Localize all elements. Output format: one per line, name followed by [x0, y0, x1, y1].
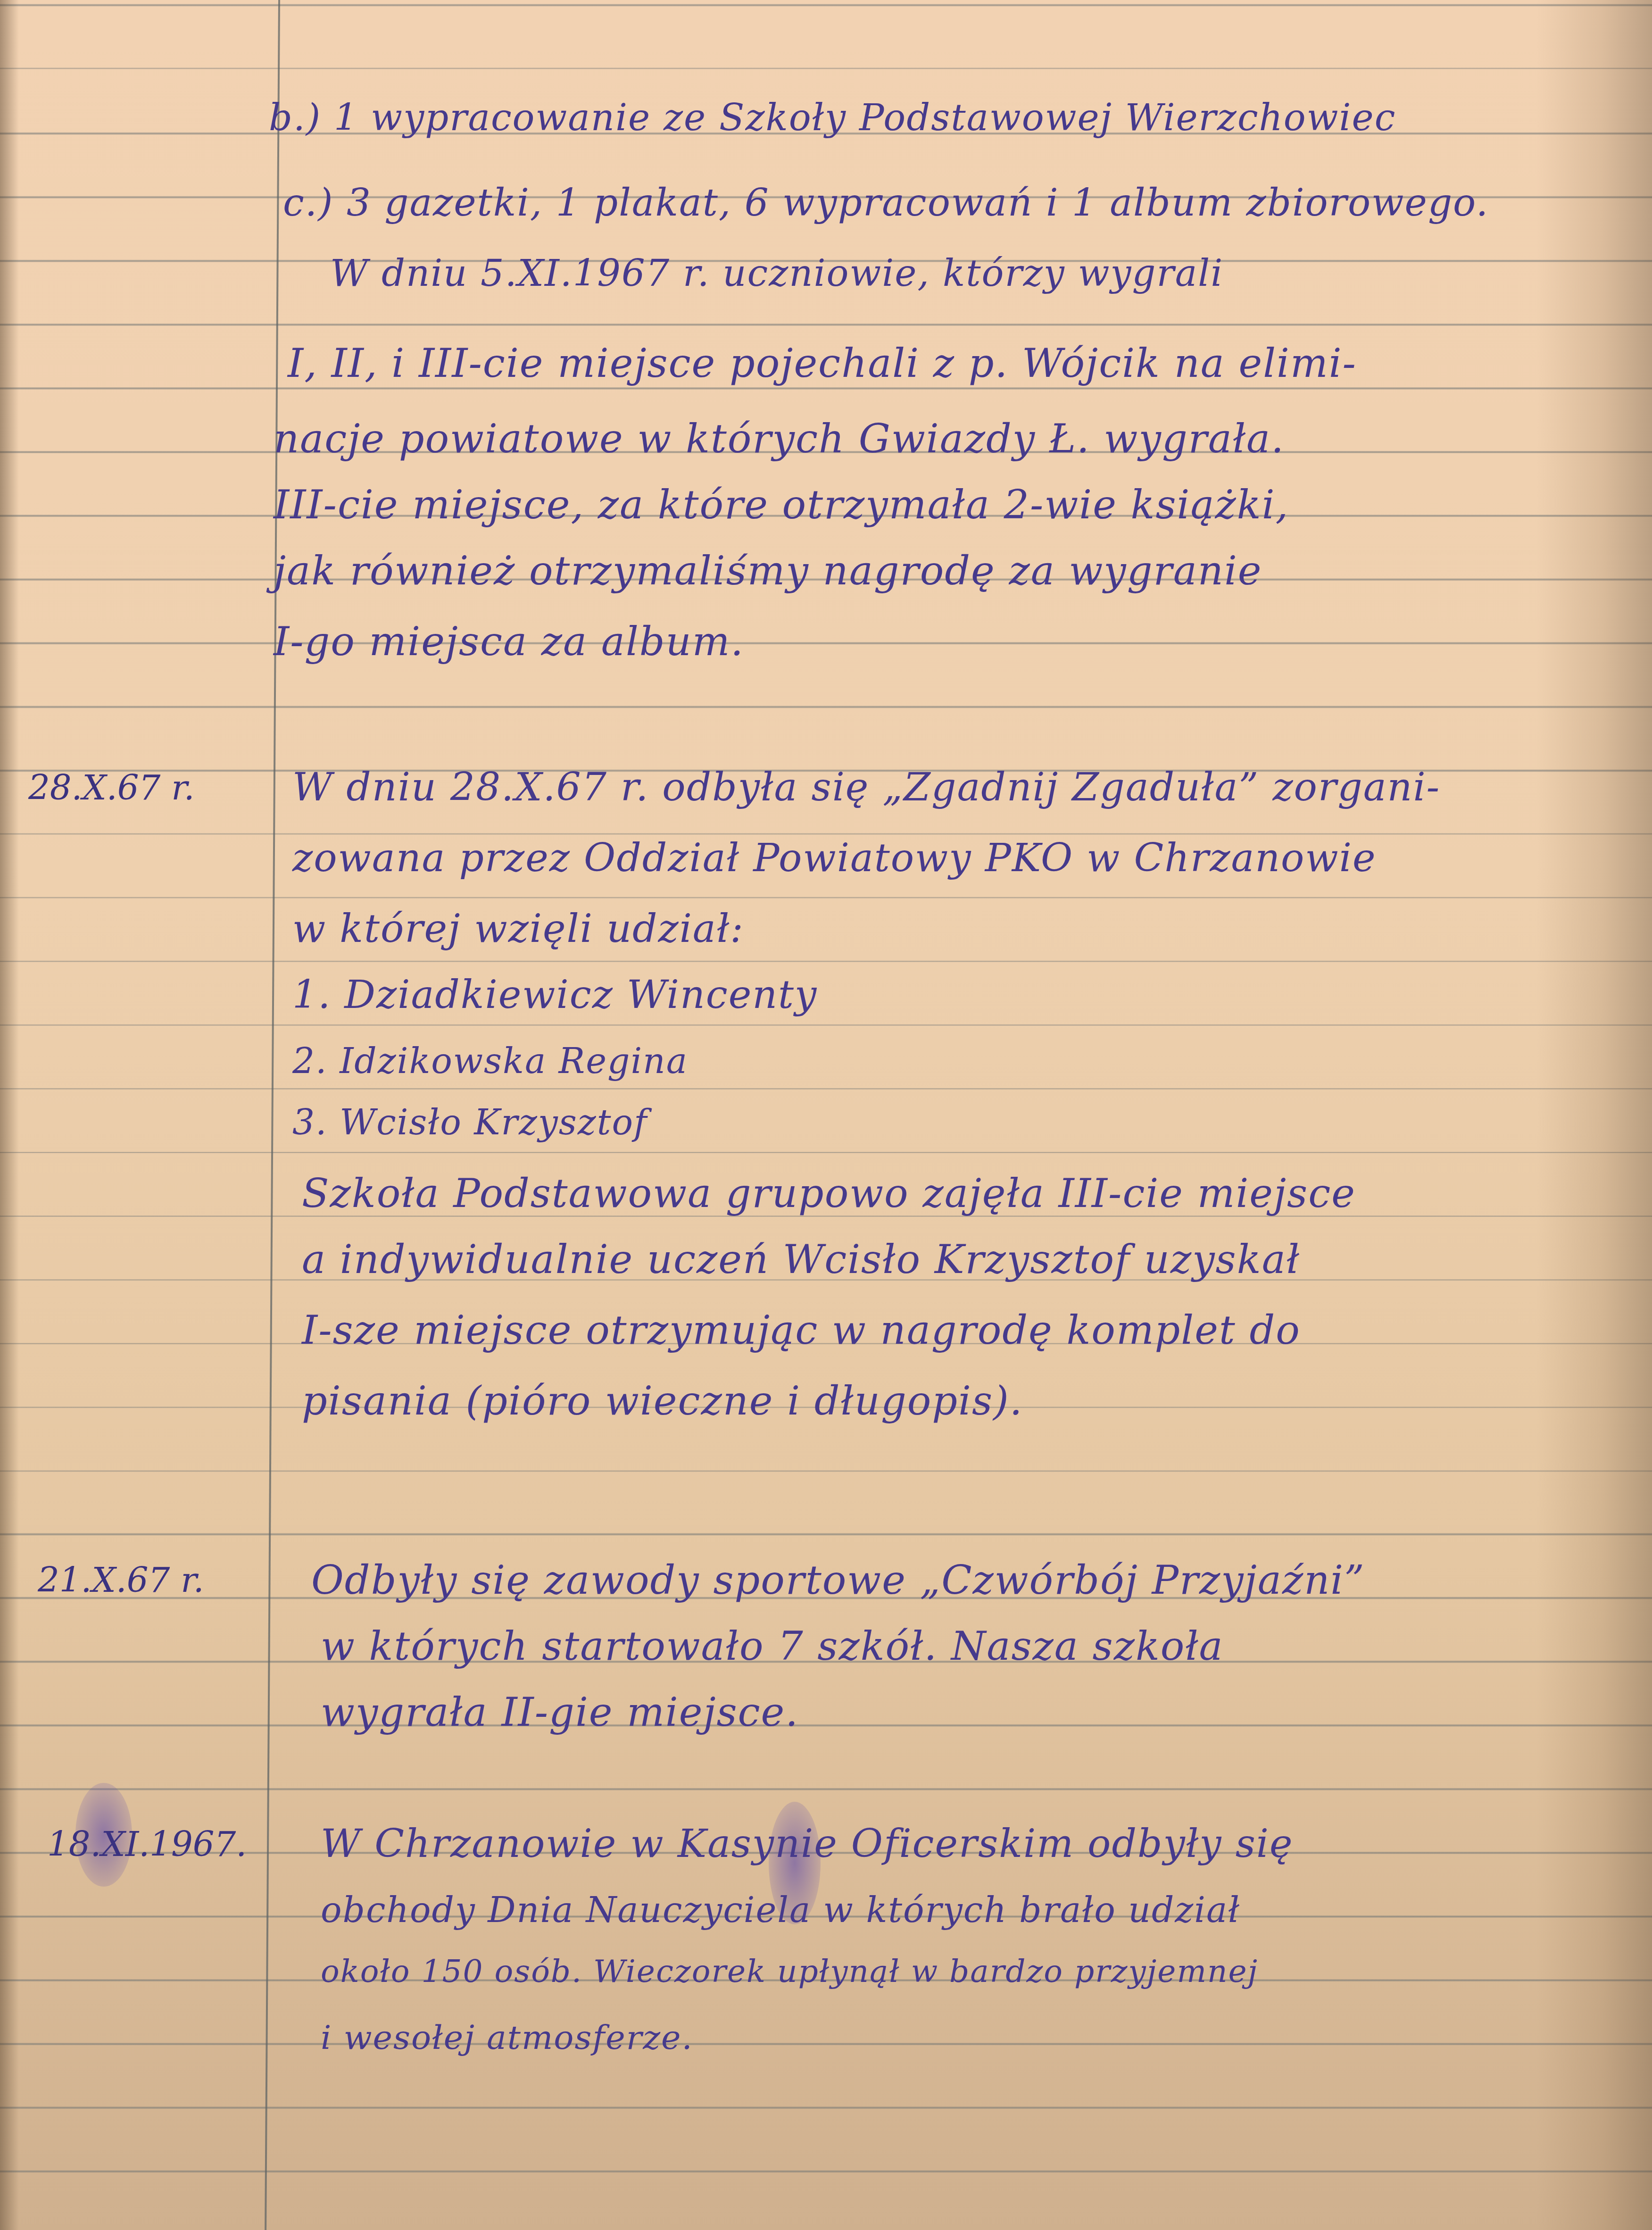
text-line: Odbyły się zawody sportowe „Czwórbój Prz… — [311, 1556, 1365, 1604]
entry-date: 28.X.67 r. — [28, 764, 195, 811]
text-line: W Chrzanowie w Kasynie Oficerskim odbyły… — [321, 1821, 1294, 1868]
text-line: I-go miejsca za album. — [274, 618, 744, 665]
text-line: jak również otrzymaliśmy nagrodę za wygr… — [274, 547, 1262, 594]
text-line: a indywidualnie uczeń Wcisło Krzysztof u… — [302, 1236, 1300, 1283]
notebook-page: b.) 1 wypracowanie ze Szkoły Podstawowej… — [0, 0, 1652, 2230]
margin-rule — [265, 0, 280, 2230]
text-line: 3. Wcisło Krzysztof — [292, 1099, 648, 1146]
text-line: wygrała II-gie miejsce. — [321, 1689, 799, 1736]
text-line: zowana przez Oddział Powiatowy PKO w Chr… — [292, 835, 1376, 882]
text-line: Szkoła Podstawowa grupowo zajęła III-cie… — [302, 1170, 1356, 1217]
text-line: I, II, i III-cie miejsce pojechali z p. … — [288, 340, 1357, 387]
text-line: I-sze miejsce otrzymując w nagrodę kompl… — [302, 1306, 1301, 1354]
text-line: W dniu 5.XI.1967 r. uczniowie, którzy wy… — [330, 250, 1223, 297]
text-line: w której wzięli udział: — [292, 906, 744, 953]
text-line: obchody Dnia Nauczyciela w których brało… — [321, 1887, 1240, 1934]
entry-date: 18.XI.1967. — [47, 1821, 247, 1868]
text-line: b.) 1 wypracowanie ze Szkoły Podstawowej… — [269, 94, 1396, 141]
text-line: 2. Idzikowska Regina — [292, 1038, 688, 1085]
text-line: W dniu 28.X.67 r. odbyła się „Zgadnij Zg… — [292, 764, 1440, 811]
text-line: nacje powiatowe w których Gwiazdy Ł. wyg… — [274, 415, 1285, 462]
page-edge-shadow — [0, 0, 19, 2230]
text-line: c.) 3 gazetki, 1 plakat, 6 wypracowań i … — [283, 179, 1489, 226]
text-line: pisania (pióro wieczne i długopis). — [302, 1377, 1023, 1424]
entry-date: 21.X.67 r. — [38, 1556, 204, 1604]
text-line: 1. Dziadkiewicz Wincenty — [292, 972, 817, 1019]
text-line: i wesołej atmosferze. — [321, 2014, 693, 2061]
text-line: około 150 osób. Wieczorek upłynął w bard… — [321, 1948, 1258, 1995]
text-line: w których startowało 7 szkół. Nasza szko… — [321, 1623, 1224, 1670]
text-line: III-cie miejsce, za które otrzymała 2-wi… — [274, 481, 1289, 528]
